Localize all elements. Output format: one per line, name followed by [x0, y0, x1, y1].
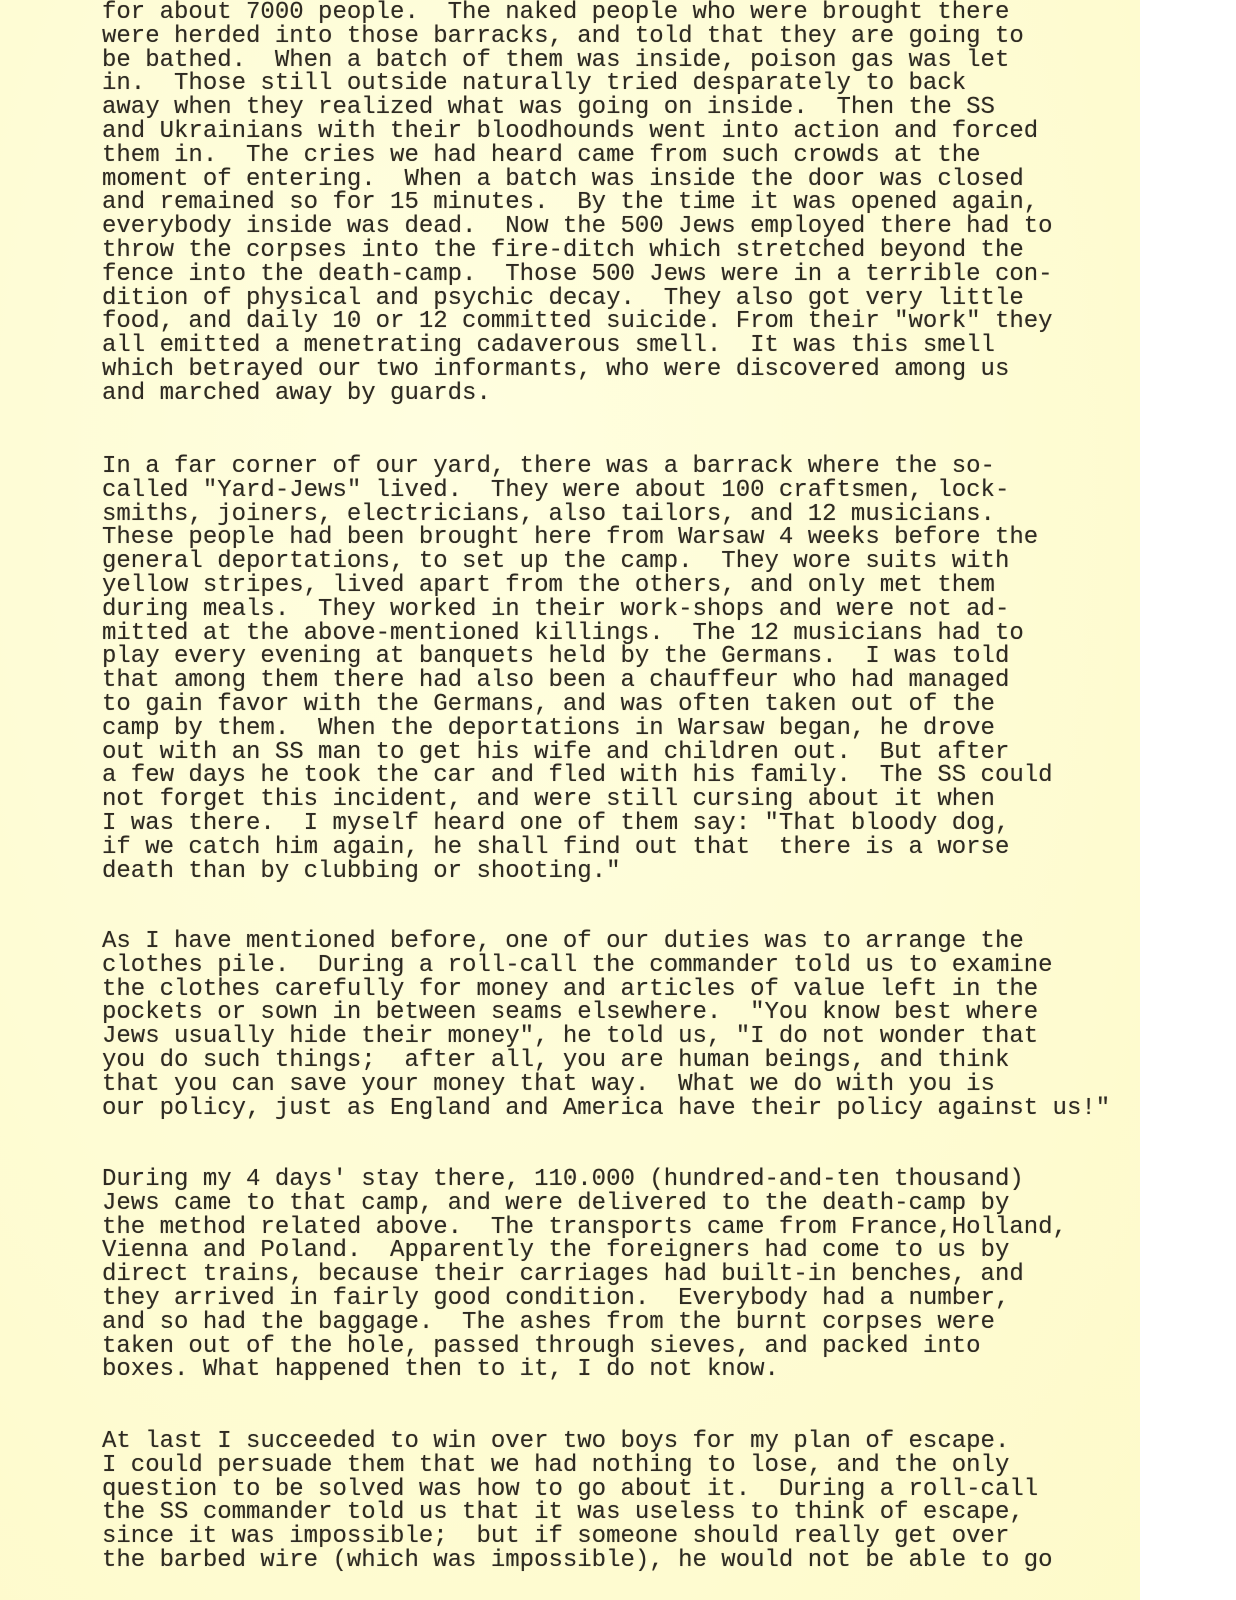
text-line: not forget this incident, and were still… [102, 788, 1053, 812]
text-line: pockets or sown in between seams elsewhe… [102, 1001, 1110, 1025]
text-line: that you can save your money that way. W… [102, 1073, 1110, 1097]
text-line: As I have mentioned before, one of our d… [102, 930, 1110, 954]
text-line: and remained so for 15 minutes. By the t… [102, 191, 1053, 215]
text-line: fence into the death-camp. Those 500 Jew… [102, 263, 1053, 287]
paragraph-yard-jews: In a far corner of our yard, there was a… [102, 455, 1053, 883]
text-line: boxes. What happened then to it, I do no… [102, 1358, 1067, 1382]
text-line: if we catch him again, he shall find out… [102, 836, 1053, 860]
text-line: At last I succeeded to win over two boys… [102, 1430, 1053, 1454]
text-line: in. Those still outside naturally tried … [102, 72, 1053, 96]
text-line: which betrayed our two informants, who w… [102, 358, 1053, 382]
text-line: mitted at the above-mentioned killings. … [102, 622, 1053, 646]
text-line: during meals. They worked in their work-… [102, 598, 1053, 622]
text-line: out with an SS man to get his wife and c… [102, 741, 1053, 765]
text-line: and Ukrainians with their bloodhounds we… [102, 120, 1053, 144]
text-line: a few days he took the car and fled with… [102, 764, 1053, 788]
text-line: to gain favor with the Germans, and was … [102, 693, 1053, 717]
text-line: In a far corner of our yard, there was a… [102, 455, 1053, 479]
text-line: called "Yard-Jews" lived. They were abou… [102, 479, 1053, 503]
text-line: the SS commander told us that it was use… [102, 1501, 1053, 1525]
text-line: and marched away by guards. [102, 382, 1053, 406]
text-line: Vienna and Poland. Apparently the foreig… [102, 1239, 1067, 1263]
text-line: Jews usually hide their money", he told … [102, 1025, 1110, 1049]
text-line: death than by clubbing or shooting." [102, 860, 1053, 884]
text-line: camp by them. When the deportations in W… [102, 717, 1053, 741]
text-line: question to be solved was how to go abou… [102, 1478, 1053, 1502]
text-line: general deportations, to set up the camp… [102, 550, 1053, 574]
text-line: and so had the baggage. The ashes from t… [102, 1311, 1067, 1335]
text-line: dition of physical and psychic decay. Th… [102, 287, 1053, 311]
text-line: smiths, joiners, electricians, also tail… [102, 503, 1053, 527]
text-line: everybody inside was dead. Now the 500 J… [102, 215, 1053, 239]
text-line: that among them there had also been a ch… [102, 669, 1053, 693]
paragraph-transports: During my 4 days' stay there, 110.000 (h… [102, 1168, 1067, 1382]
text-line: be bathed. When a batch of them was insi… [102, 49, 1053, 73]
text-line: the method related above. The transports… [102, 1216, 1067, 1240]
text-line: away when they realized what was going o… [102, 96, 1053, 120]
text-line: the clothes carefully for money and arti… [102, 978, 1110, 1002]
text-line: taken out of the hole, passed through si… [102, 1335, 1067, 1359]
text-line: During my 4 days' stay there, 110.000 (h… [102, 1168, 1067, 1192]
text-line: moment of entering. When a batch was ins… [102, 168, 1053, 192]
text-line: you do such things; after all, you are h… [102, 1049, 1110, 1073]
text-line: food, and daily 10 or 12 committed suici… [102, 310, 1053, 334]
text-line: they arrived in fairly good condition. E… [102, 1287, 1067, 1311]
text-line: were herded into those barracks, and tol… [102, 25, 1053, 49]
typewritten-page: for about 7000 people. The naked people … [0, 0, 1140, 1600]
text-line: yellow stripes, lived apart from the oth… [102, 574, 1053, 598]
paragraph-escape-plan: At last I succeeded to win over two boys… [102, 1430, 1053, 1573]
text-line: Jews came to that camp, and were deliver… [102, 1192, 1067, 1216]
text-line: the barbed wire (which was impossible), … [102, 1549, 1053, 1573]
text-line: clothes pile. During a roll-call the com… [102, 954, 1110, 978]
text-line: I was there. I myself heard one of them … [102, 812, 1053, 836]
text-line: them in. The cries we had heard came fro… [102, 144, 1053, 168]
text-line: I could persuade them that we had nothin… [102, 1454, 1053, 1478]
text-line: since it was impossible; but if someone … [102, 1525, 1053, 1549]
text-line: These people had been brought here from … [102, 526, 1053, 550]
text-line: throw the corpses into the fire-ditch wh… [102, 239, 1053, 263]
text-line: all emitted a menetrating cadaverous sme… [102, 334, 1053, 358]
text-line: play every evening at banquets held by t… [102, 645, 1053, 669]
text-line: our policy, just as England and America … [102, 1097, 1110, 1121]
paragraph-gas-chambers: for about 7000 people. The naked people … [102, 1, 1053, 406]
text-line: direct trains, because their carriages h… [102, 1263, 1067, 1287]
paragraph-clothes-pile: As I have mentioned before, one of our d… [102, 930, 1110, 1120]
text-line: for about 7000 people. The naked people … [102, 1, 1053, 25]
